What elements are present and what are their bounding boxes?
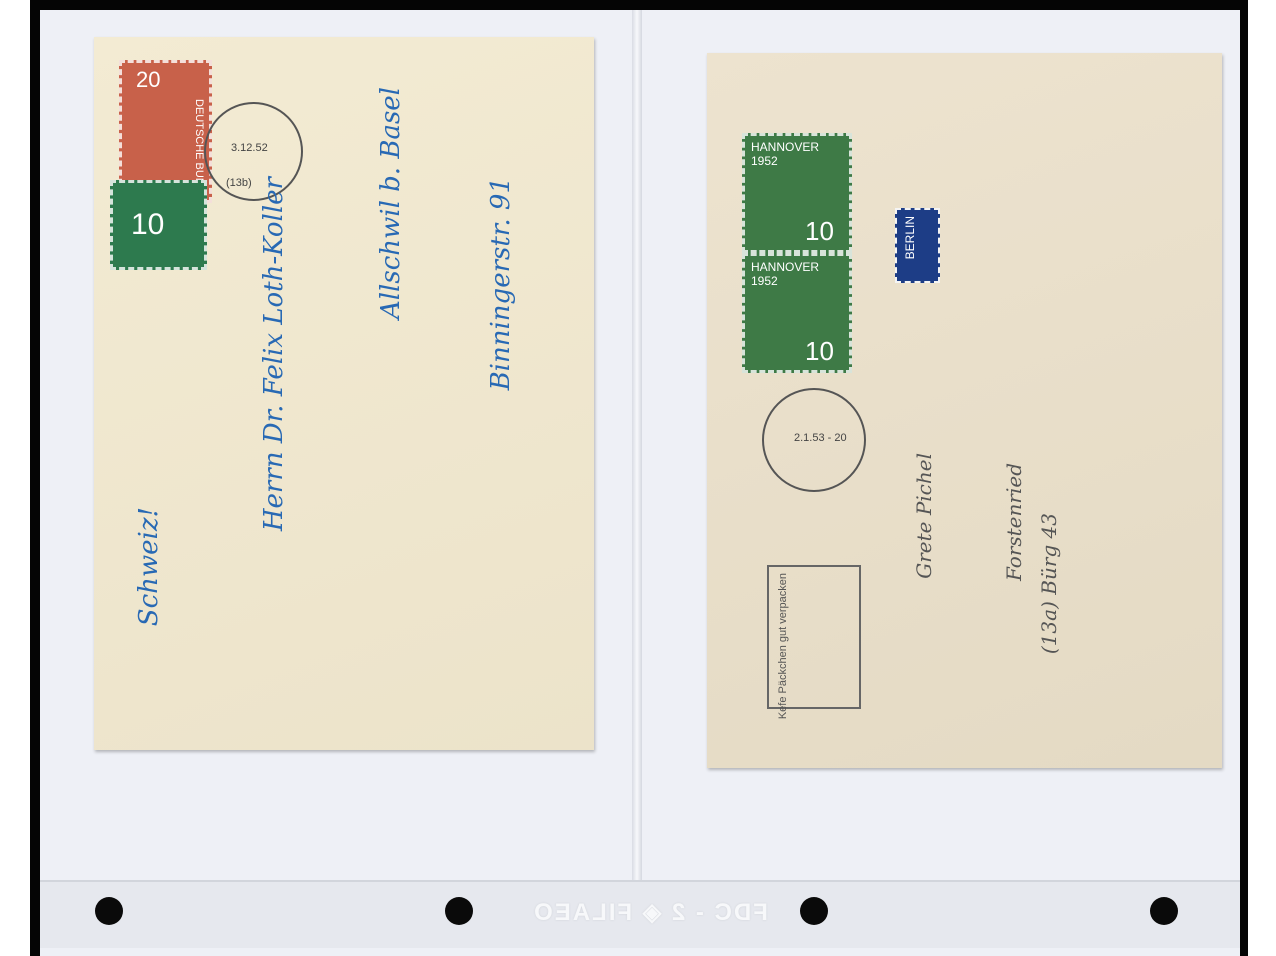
address-line-1: Herrn Dr. Felix Loth-Koller — [259, 177, 289, 531]
address-line-2: Forstenried — [1002, 463, 1026, 581]
binder-hole — [445, 897, 473, 925]
sleeve-brand-label: FDC - 2 ◈ FILAEO — [500, 898, 800, 927]
address-line-3: (13a) Bürg 43 — [1037, 513, 1061, 654]
left-envelope: DEUTSCHE BUNDESPOST 20 10 (13b) 3.12.52 … — [94, 37, 594, 750]
hannover-1952-stamp-1: HANNOVER 1952 10 — [742, 133, 852, 253]
binder-hole — [1150, 897, 1178, 925]
slogan-cancel: Kefe Päckchen gut verpacken — [767, 565, 861, 709]
address-line-3: Binningerstr. 91 — [486, 177, 516, 390]
notopfer-berlin-stamp: BERLIN — [895, 208, 940, 283]
posthorn-10-stamp: 10 — [110, 180, 207, 270]
address-line-2: Allschwil b. Basel — [376, 87, 406, 319]
binder-hole — [95, 897, 123, 925]
right-envelope: HANNOVER 1952 10 HANNOVER 1952 10 BERLIN… — [707, 53, 1222, 768]
right-postmark: 2.1.53 - 20 — [762, 388, 866, 492]
sleeve-divider — [632, 10, 642, 880]
destination-note: Schweiz! — [134, 507, 164, 626]
binder-hole — [800, 897, 828, 925]
address-line-1: Grete Pichel — [912, 453, 936, 579]
hannover-1952-stamp-2: HANNOVER 1952 10 — [742, 253, 852, 373]
